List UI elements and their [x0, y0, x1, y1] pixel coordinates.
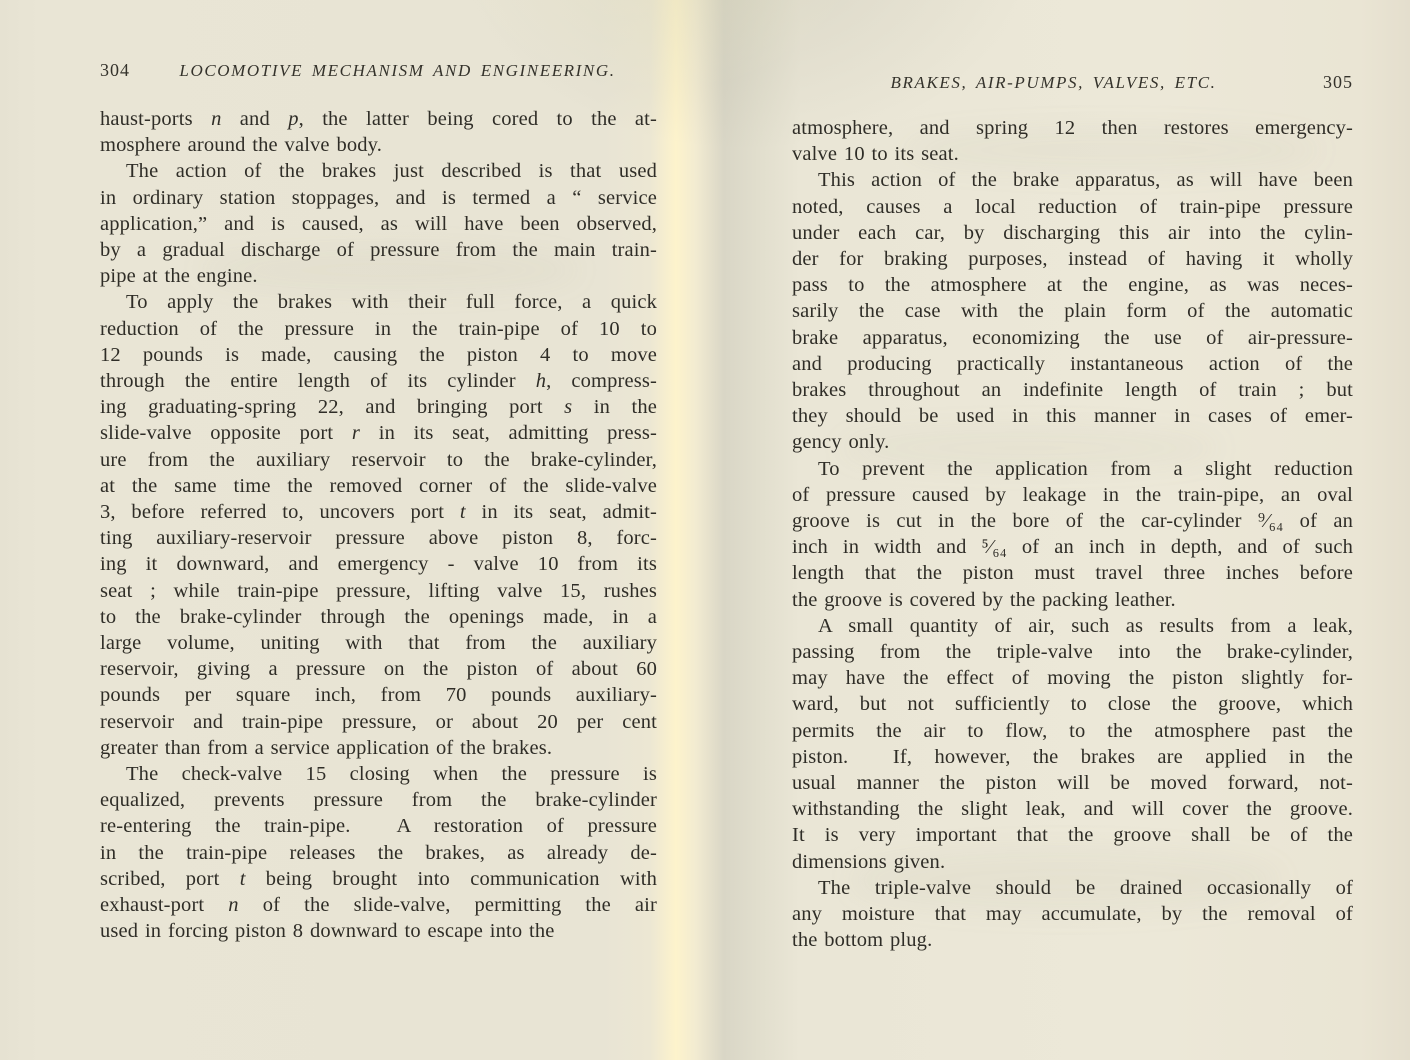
text-line: under each car, by discharging this air …: [792, 220, 1353, 246]
text-line: ing it downward, and emergency - valve 1…: [100, 551, 657, 577]
text-line: To apply the brakes with their full forc…: [100, 289, 657, 315]
text-line: greater than from a service application …: [100, 735, 657, 761]
paragraph: To prevent the application from a slight…: [792, 456, 1353, 613]
text-line: equalized, prevents pressure from the br…: [100, 787, 657, 813]
text-line: A small quantity of air, such as results…: [792, 613, 1353, 639]
book-scan: { "colors": { "paper_left": "#e8e4d4", "…: [0, 0, 1410, 1060]
right-running-head: BRAKES, AIR-PUMPS, VALVES, ETC.: [792, 73, 1315, 93]
text-line: der for braking purposes, instead of hav…: [792, 246, 1353, 272]
text-line: brakes throughout an indefinite length o…: [792, 377, 1353, 403]
left-running-head: LOCOMOTIVE MECHANISM AND ENGINEERING.: [138, 61, 657, 81]
text-line: by a gradual discharge of pressure from …: [100, 237, 657, 263]
text-line: noted, causes a local reduction of train…: [792, 194, 1353, 220]
paragraph: To apply the brakes with their full forc…: [100, 289, 657, 761]
paragraph: The triple-valve should be drained occas…: [792, 875, 1353, 954]
text-line: It is very important that the groove sha…: [792, 822, 1353, 848]
text-line: reservoir and train-pipe pressure, or ab…: [100, 709, 657, 735]
text-line: To prevent the application from a slight…: [792, 456, 1353, 482]
text-line: ward, but not sufficiently to close the …: [792, 691, 1353, 717]
text-line: at the same time the removed corner of t…: [100, 473, 657, 499]
text-line: scribed, port t being brought into commu…: [100, 866, 657, 892]
left-page-number: 304: [100, 60, 130, 81]
text-line: brake apparatus, economizing the use of …: [792, 325, 1353, 351]
text-line: ting auxiliary-reservoir pressure above …: [100, 525, 657, 551]
right-text-column: atmosphere, and spring 12 then restores …: [792, 115, 1353, 954]
text-line: This action of the brake apparatus, as w…: [792, 167, 1353, 193]
text-line: atmosphere, and spring 12 then restores …: [792, 115, 1353, 141]
text-line: pounds per square inch, from 70 pounds a…: [100, 682, 657, 708]
text-line: passing from the triple-valve into the b…: [792, 639, 1353, 665]
text-line: piston. If, however, the brakes are appl…: [792, 744, 1353, 770]
text-line: withstanding the slight leak, and will c…: [792, 796, 1353, 822]
text-line: reduction of the pressure in the train-p…: [100, 316, 657, 342]
text-line: The check-valve 15 closing when the pres…: [100, 761, 657, 787]
text-line: reservoir, giving a pressure on the pist…: [100, 656, 657, 682]
text-line: pass to the atmosphere at the engine, as…: [792, 272, 1353, 298]
text-line: slide-valve opposite port r in its seat,…: [100, 420, 657, 446]
text-line: of pressure caused by leakage in the tra…: [792, 482, 1353, 508]
text-line: sarily the case with the plain form of t…: [792, 298, 1353, 324]
left-page: 304 LOCOMOTIVE MECHANISM AND ENGINEERING…: [100, 60, 657, 945]
right-page: BRAKES, AIR-PUMPS, VALVES, ETC. 305 atmo…: [792, 72, 1353, 954]
text-line: in the train-pipe releases the brakes, a…: [100, 840, 657, 866]
text-line: large volume, uniting with that from the…: [100, 630, 657, 656]
text-line: seat ; while train-pipe pressure, liftin…: [100, 578, 657, 604]
text-line: any moisture that may accumulate, by the…: [792, 901, 1353, 927]
text-line: valve 10 to its seat.: [792, 141, 1353, 167]
paragraph: atmosphere, and spring 12 then restores …: [792, 115, 1353, 167]
text-line: pipe at the engine.: [100, 263, 657, 289]
text-line: the groove is covered by the packing lea…: [792, 587, 1353, 613]
text-line: The triple-valve should be drained occas…: [792, 875, 1353, 901]
text-line: length that the piston must travel three…: [792, 560, 1353, 586]
text-line: usual manner the piston will be moved fo…: [792, 770, 1353, 796]
text-line: inch in width and ⁵⁄₆₄ of an inch in dep…: [792, 534, 1353, 560]
right-page-header: BRAKES, AIR-PUMPS, VALVES, ETC. 305: [792, 72, 1353, 93]
text-line: gency only.: [792, 429, 1353, 455]
text-line: mosphere around the valve body.: [100, 132, 657, 158]
text-line: application,” and is caused, as will hav…: [100, 211, 657, 237]
text-line: The action of the brakes just described …: [100, 158, 657, 184]
text-line: may have the effect of moving the piston…: [792, 665, 1353, 691]
text-line: 3, before referred to, uncovers port t i…: [100, 499, 657, 525]
text-line: the bottom plug.: [792, 927, 1353, 953]
right-page-number: 305: [1323, 72, 1353, 93]
text-line: haust-ports n and p, the latter being co…: [100, 106, 657, 132]
text-line: permits the air to flow, to the atmosphe…: [792, 718, 1353, 744]
paragraph: A small quantity of air, such as results…: [792, 613, 1353, 875]
text-line: they should be used in this manner in ca…: [792, 403, 1353, 429]
left-text-column: haust-ports n and p, the latter being co…: [100, 106, 657, 945]
text-line: used in forcing piston 8 downward to esc…: [100, 918, 657, 944]
text-line: through the entire length of its cylinde…: [100, 368, 657, 394]
paragraph: haust-ports n and p, the latter being co…: [100, 106, 657, 158]
text-line: in ordinary station stoppages, and is te…: [100, 185, 657, 211]
text-line: and producing practically instantaneous …: [792, 351, 1353, 377]
text-line: dimensions given.: [792, 849, 1353, 875]
text-line: 12 pounds is made, causing the piston 4 …: [100, 342, 657, 368]
paragraph: The action of the brakes just described …: [100, 158, 657, 289]
text-line: groove is cut in the bore of the car-cyl…: [792, 508, 1353, 534]
text-line: re-entering the train-pipe. A restoratio…: [100, 813, 657, 839]
text-line: ure from the auxiliary reservoir to the …: [100, 447, 657, 473]
text-line: ing graduating-spring 22, and bringing p…: [100, 394, 657, 420]
paragraph: The check-valve 15 closing when the pres…: [100, 761, 657, 944]
paragraph: This action of the brake apparatus, as w…: [792, 167, 1353, 455]
text-line: to the brake-cylinder through the openin…: [100, 604, 657, 630]
left-page-header: 304 LOCOMOTIVE MECHANISM AND ENGINEERING…: [100, 60, 657, 81]
text-line: exhaust-port n of the slide-valve, permi…: [100, 892, 657, 918]
